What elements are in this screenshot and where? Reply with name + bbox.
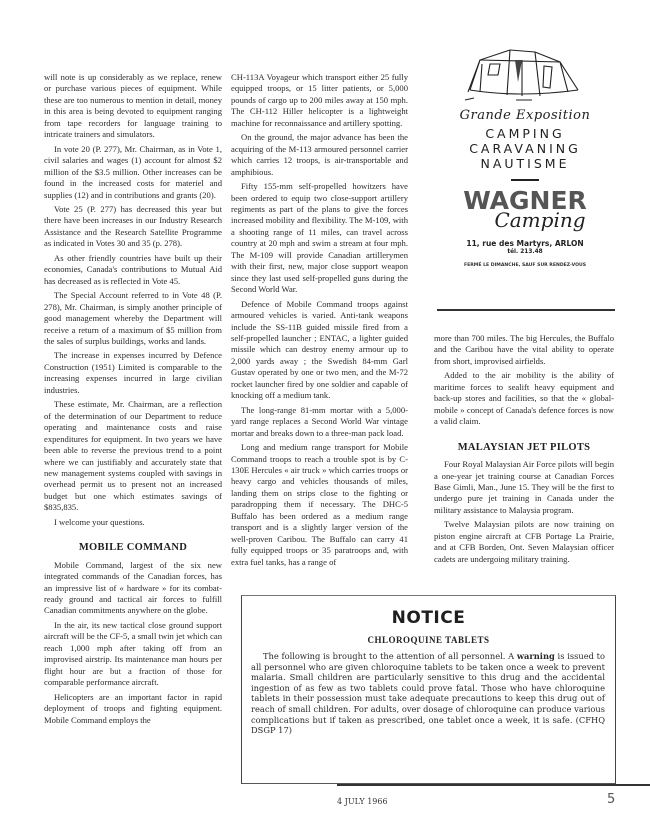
paragraph: The long-range 81-mm mortar with a 5,000… xyxy=(231,405,408,439)
paragraph: Fifty 155-mm self-propelled howitzers ha… xyxy=(231,181,408,296)
paragraph: The increase in expenses incurred by Def… xyxy=(44,350,222,396)
paragraph: I welcome your questions. xyxy=(44,517,222,528)
notice-body-rest: is issued to all personnel who are given… xyxy=(251,651,605,735)
paragraph: Long and medium range transport for Mobi… xyxy=(231,442,408,568)
paragraph: Mobile Command, largest of the six new i… xyxy=(44,560,222,617)
article-column-3: more than 700 miles. The big Hercules, t… xyxy=(434,333,614,568)
paragraph: Added to the air mobility is the ability… xyxy=(434,370,614,427)
paragraph: Helicopters are an important factor in r… xyxy=(44,692,222,726)
paragraph: Four Royal Malaysian Air Force pilots wi… xyxy=(434,459,614,516)
paragraph: The Special Account referred to in Vote … xyxy=(44,290,222,347)
paragraph: These estimate, Mr. Chairman, are a refl… xyxy=(44,399,222,514)
paragraph: Twelve Malaysian pilots are now training… xyxy=(434,519,614,565)
paragraph: As other friendly countries have built u… xyxy=(44,253,222,287)
ad-line-nautisme: NAUTISME xyxy=(430,156,620,171)
wagner-camping-advertisement: Grande Exposition CAMPING CARAVANING NAU… xyxy=(430,40,620,300)
ad-line-camping: CAMPING xyxy=(430,126,620,141)
ad-address: 11, rue des Martyrs, ARLON xyxy=(430,239,620,248)
paragraph: In vote 20 (P. 277), Mr. Chairman, as in… xyxy=(44,144,222,201)
footer-rule xyxy=(337,784,650,786)
article-column-2: CH-113A Voyageur which transport either … xyxy=(231,72,408,571)
article-column-1: will note is up considerably as we repla… xyxy=(44,72,222,729)
section-heading-mobile-command: MOBILE COMMAND xyxy=(44,542,222,553)
paragraph: Defence of Mobile Command troops against… xyxy=(231,299,408,402)
notice-box: NOTICE CHLOROQUINE TABLETS The following… xyxy=(241,595,616,784)
notice-subtitle: CHLOROQUINE TABLETS xyxy=(242,635,615,645)
section-heading-malaysian-jet-pilots: MALAYSIAN JET PILOTS xyxy=(434,442,614,453)
paragraph: Vote 25 (P. 277) has decreased this year… xyxy=(44,204,222,250)
notice-title: NOTICE xyxy=(242,608,615,628)
paragraph: CH-113A Voyageur which transport either … xyxy=(231,72,408,129)
ad-bottom-rule xyxy=(437,309,615,311)
notice-body: The following is brought to the attentio… xyxy=(251,651,605,736)
ad-divider xyxy=(511,179,539,181)
ad-script-title: Grande Exposition xyxy=(430,108,620,123)
ad-hours-note: FERMÉ LE DIMANCHE, SAUF SUR RENDEZ-VOUS xyxy=(430,263,620,268)
ad-phone: tél. 213.48 xyxy=(430,249,620,255)
page-number: 5 xyxy=(607,792,615,807)
footer-date: 4 JULY 1966 xyxy=(337,797,388,806)
paragraph: On the ground, the major advance has bee… xyxy=(231,132,408,178)
paragraph: more than 700 miles. The big Hercules, t… xyxy=(434,333,614,367)
ad-line-caravaning: CARAVANING xyxy=(430,141,620,156)
paragraph: will note is up considerably as we repla… xyxy=(44,72,222,141)
notice-body-start: The following is brought to the attentio… xyxy=(263,651,517,661)
tent-icon xyxy=(460,40,590,106)
notice-warning-word: warning xyxy=(517,651,555,661)
paragraph: In the air, its new tactical close groun… xyxy=(44,620,222,689)
